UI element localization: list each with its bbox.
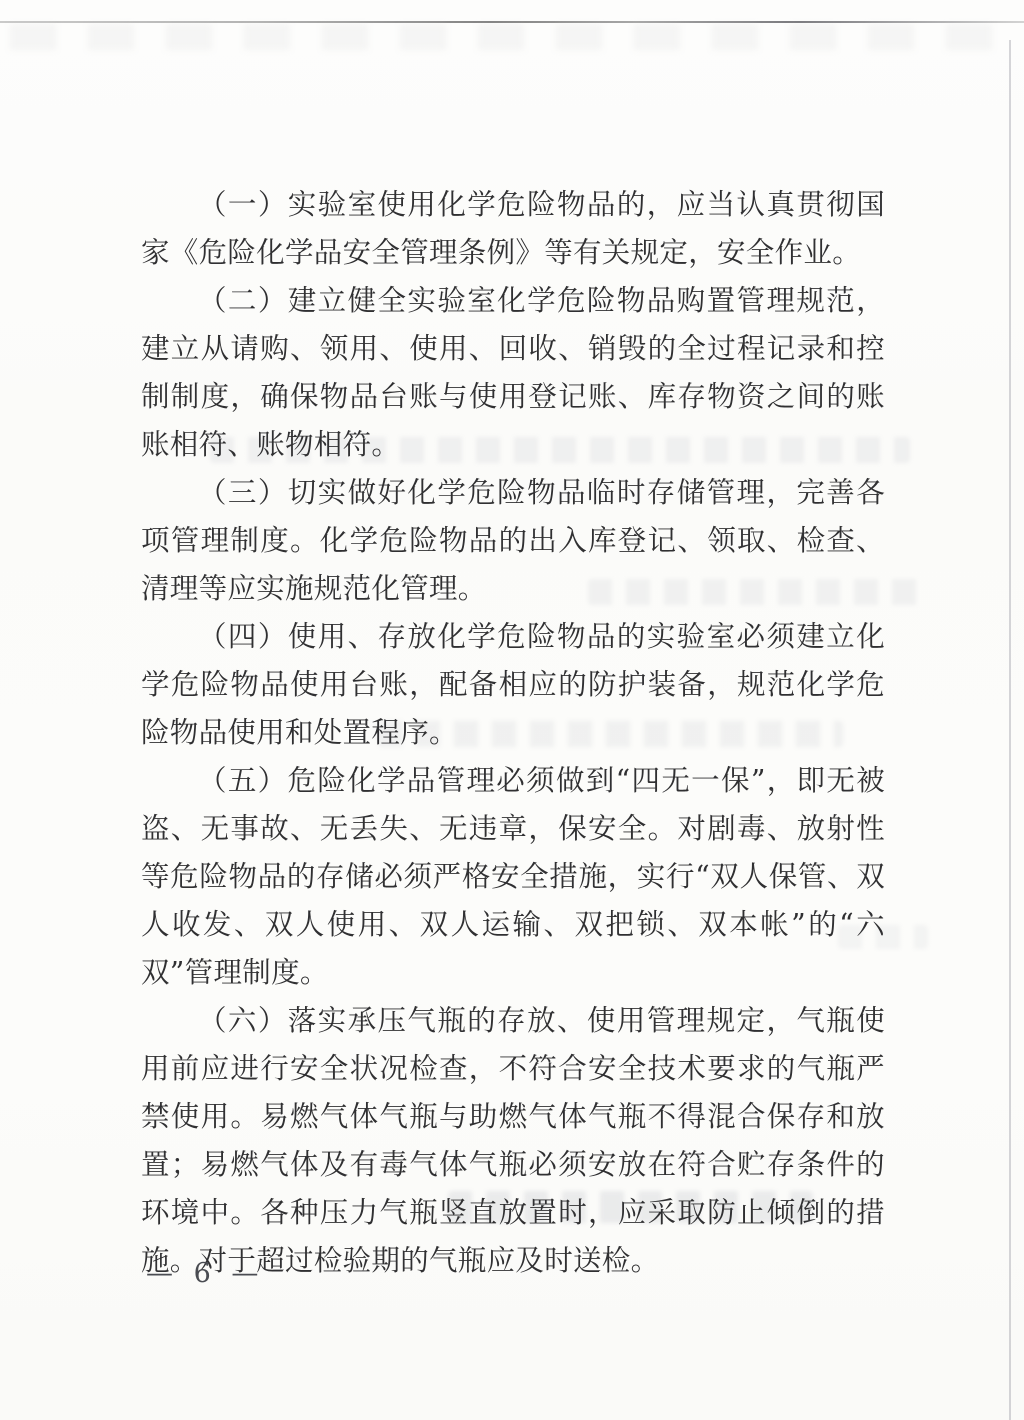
paragraph-item-4: （四）使用、存放化学危险物品的实验室必须建立化学危险物品使用台账，配备相应的防护…: [141, 613, 885, 757]
scan-artifact-top-mottle: [10, 24, 1010, 50]
paragraph-item-6: （六）落实承压气瓶的存放、使用管理规定，气瓶使用前应进行安全状况检查，不符合安全…: [141, 997, 885, 1285]
scanned-document-page: { "page": { "paragraphs": [ "（一）实验室使用化学危…: [0, 0, 1024, 1420]
paragraph-item-1: （一）实验室使用化学危险物品的，应当认真贯彻国家《危险化学品安全管理条例》等有关…: [141, 181, 885, 277]
page-number: — 6 —: [146, 1258, 264, 1289]
scan-artifact-top-line: [0, 21, 1024, 23]
document-body-text: （一）实验室使用化学危险物品的，应当认真贯彻国家《危险化学品安全管理条例》等有关…: [141, 181, 885, 1285]
scan-artifact-page-edge-line: [1009, 40, 1011, 1420]
paragraph-item-3: （三）切实做好化学危险物品临时存储管理，完善各项管理制度。化学危险物品的出入库登…: [141, 469, 885, 613]
paragraph-item-5: （五）危险化学品管理必须做到“四无一保”，即无被盗、无事故、无丢失、无违章，保安…: [141, 757, 885, 997]
paragraph-item-2: （二）建立健全实验室化学危险物品购置管理规范，建立从请购、领用、使用、回收、销毁…: [141, 277, 885, 469]
